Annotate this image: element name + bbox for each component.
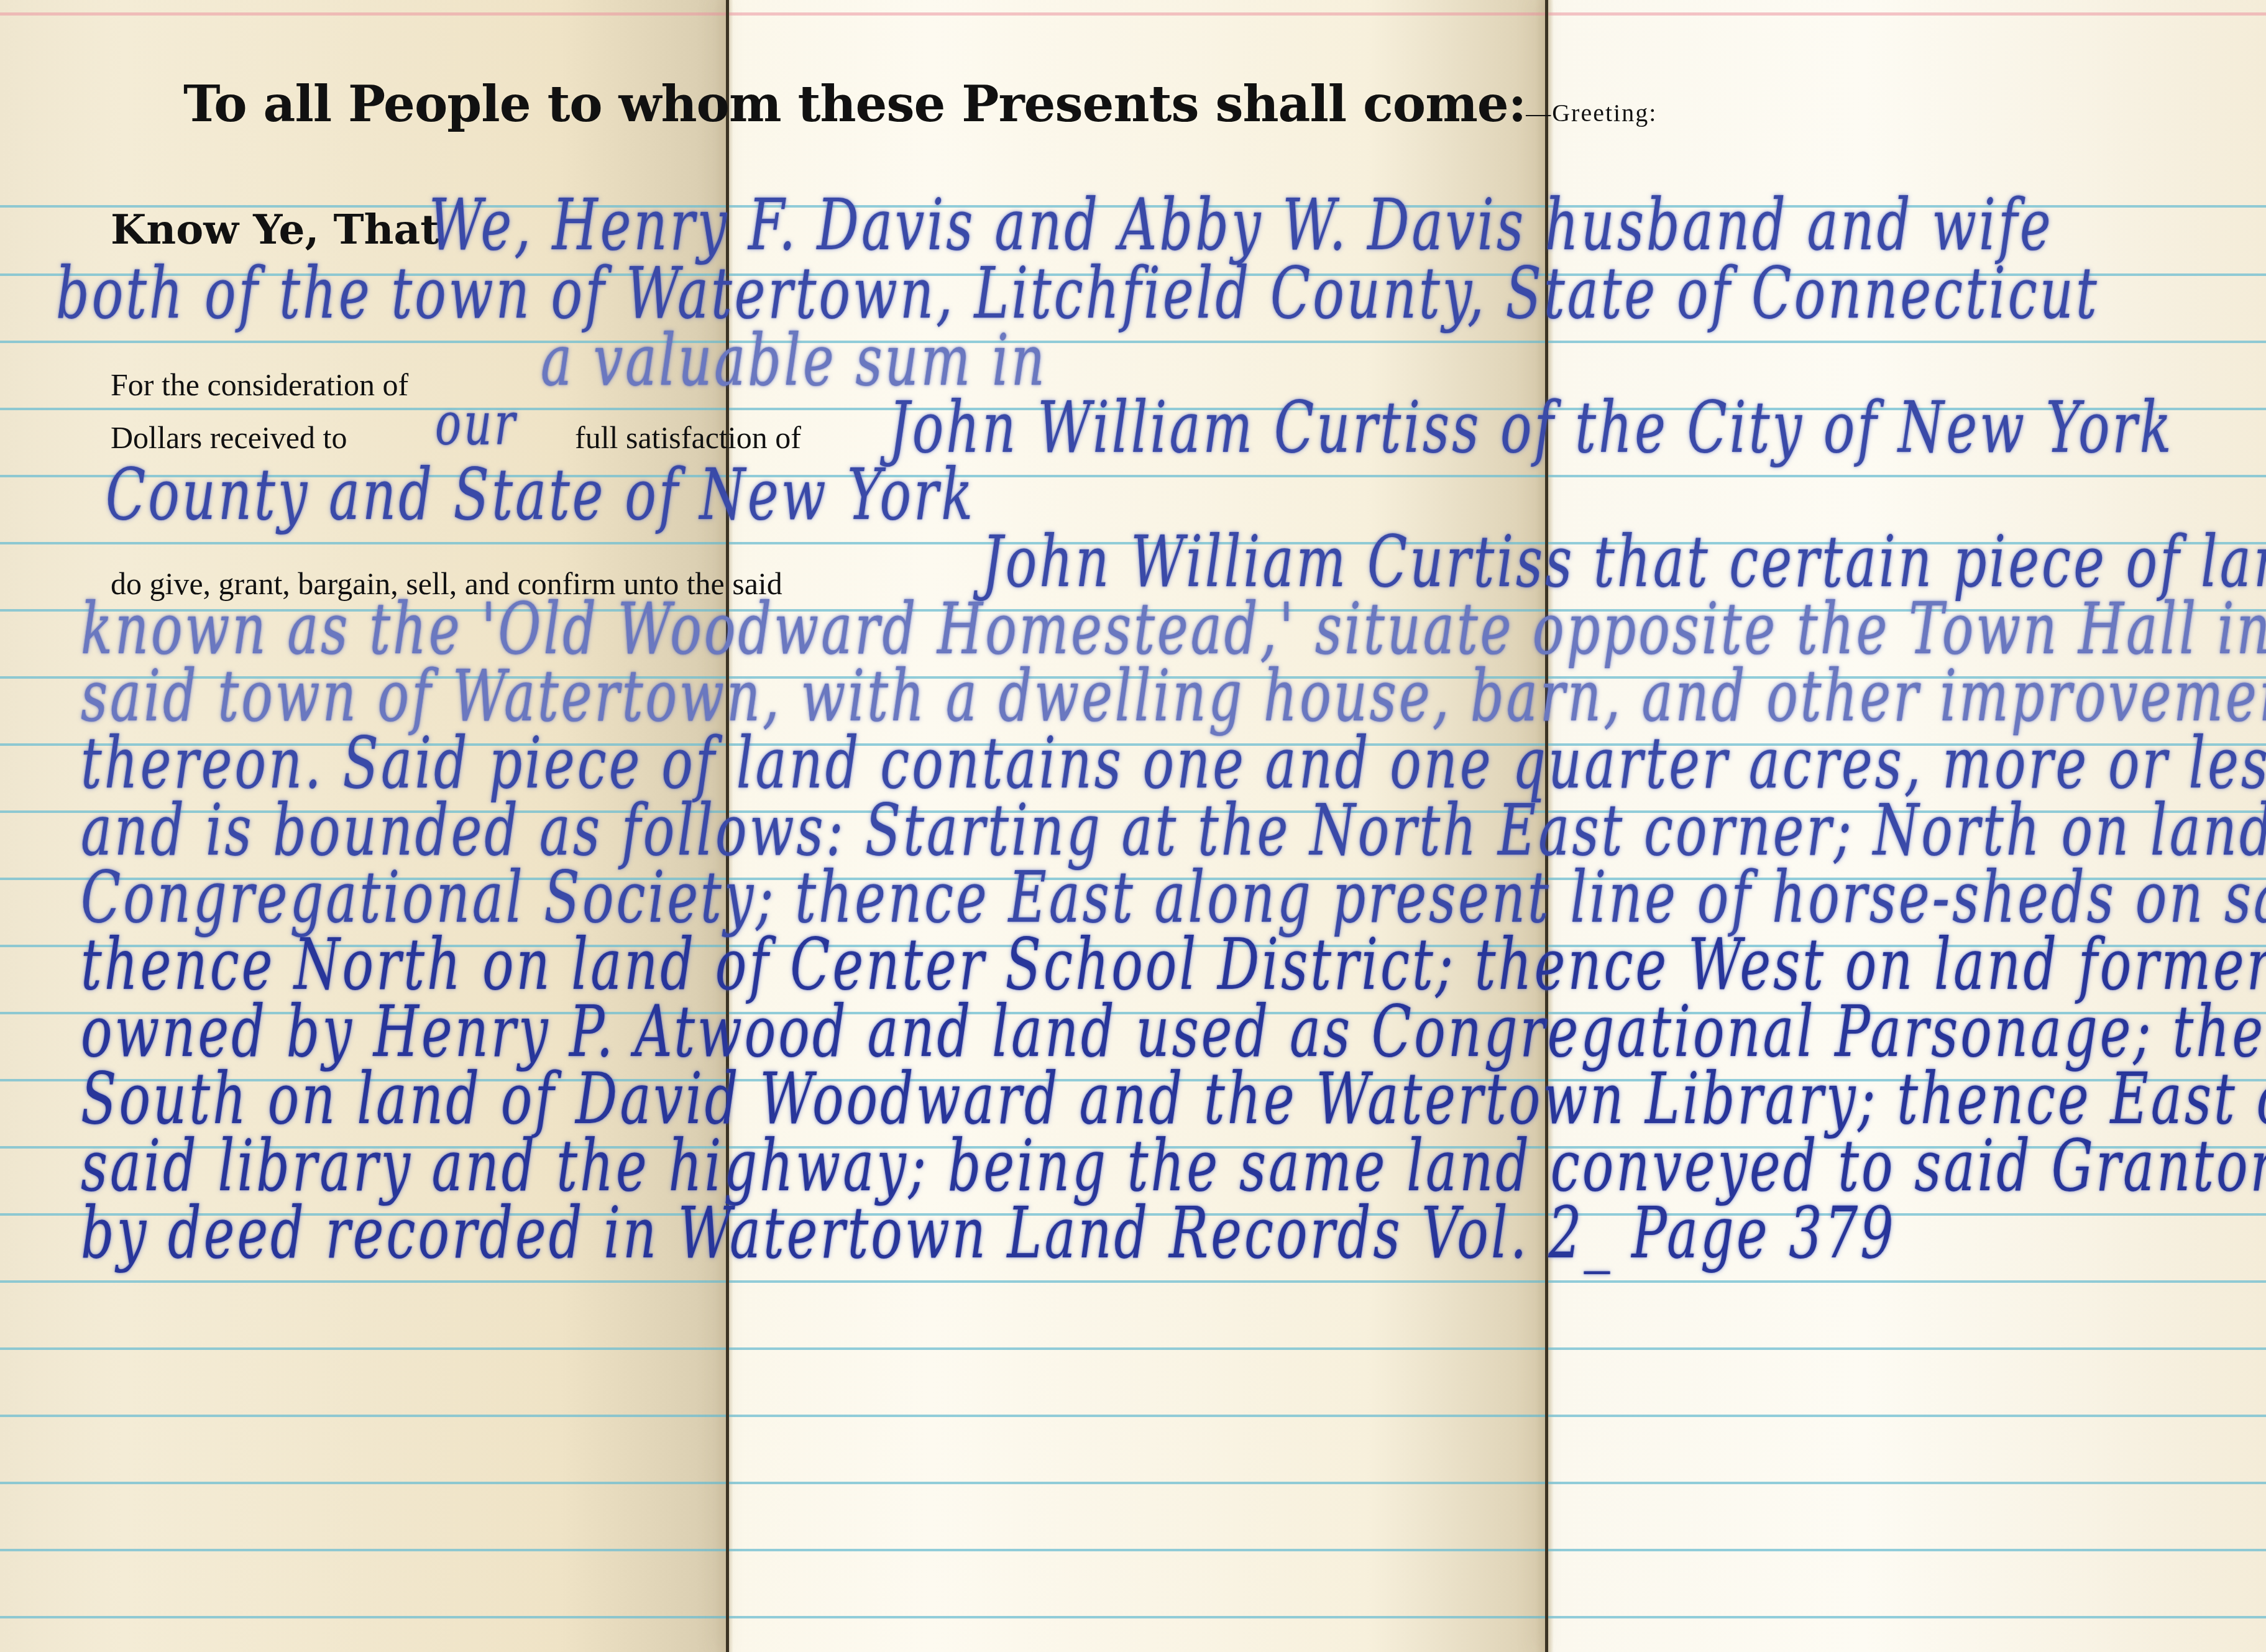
body-line-record-reference: by deed recorded in Watertown Land Recor… xyxy=(81,1192,1896,1274)
consideration-label: For the consideration of xyxy=(111,367,408,403)
grantee-residence-field: County and State of New York xyxy=(106,454,975,536)
title-text: To all People to whom these Presents sha… xyxy=(183,75,1526,133)
dollars-received-label: Dollars received to xyxy=(111,420,347,456)
deed-title: To all People to whom these Presents sha… xyxy=(183,75,1657,133)
full-satisfaction-label: full satisfaction of xyxy=(575,420,801,456)
ruled-line xyxy=(0,1347,2266,1350)
top-margin-line xyxy=(0,12,2266,16)
received-to-field: our xyxy=(435,390,518,459)
ruled-line xyxy=(0,1415,2266,1417)
ruled-line xyxy=(0,1616,2266,1618)
grantee-field: John William Curtiss of the City of New … xyxy=(889,387,2174,469)
ruled-line xyxy=(0,1482,2266,1484)
ruled-line xyxy=(0,1280,2266,1283)
ruled-line xyxy=(0,341,2266,343)
ruled-line xyxy=(0,1549,2266,1551)
know-ye-label: Know Ye, That xyxy=(111,205,439,254)
greeting-text: —Greeting: xyxy=(1526,99,1657,127)
grantors-residence-field: both of the town of Watertown, Litchfiel… xyxy=(56,252,2099,334)
